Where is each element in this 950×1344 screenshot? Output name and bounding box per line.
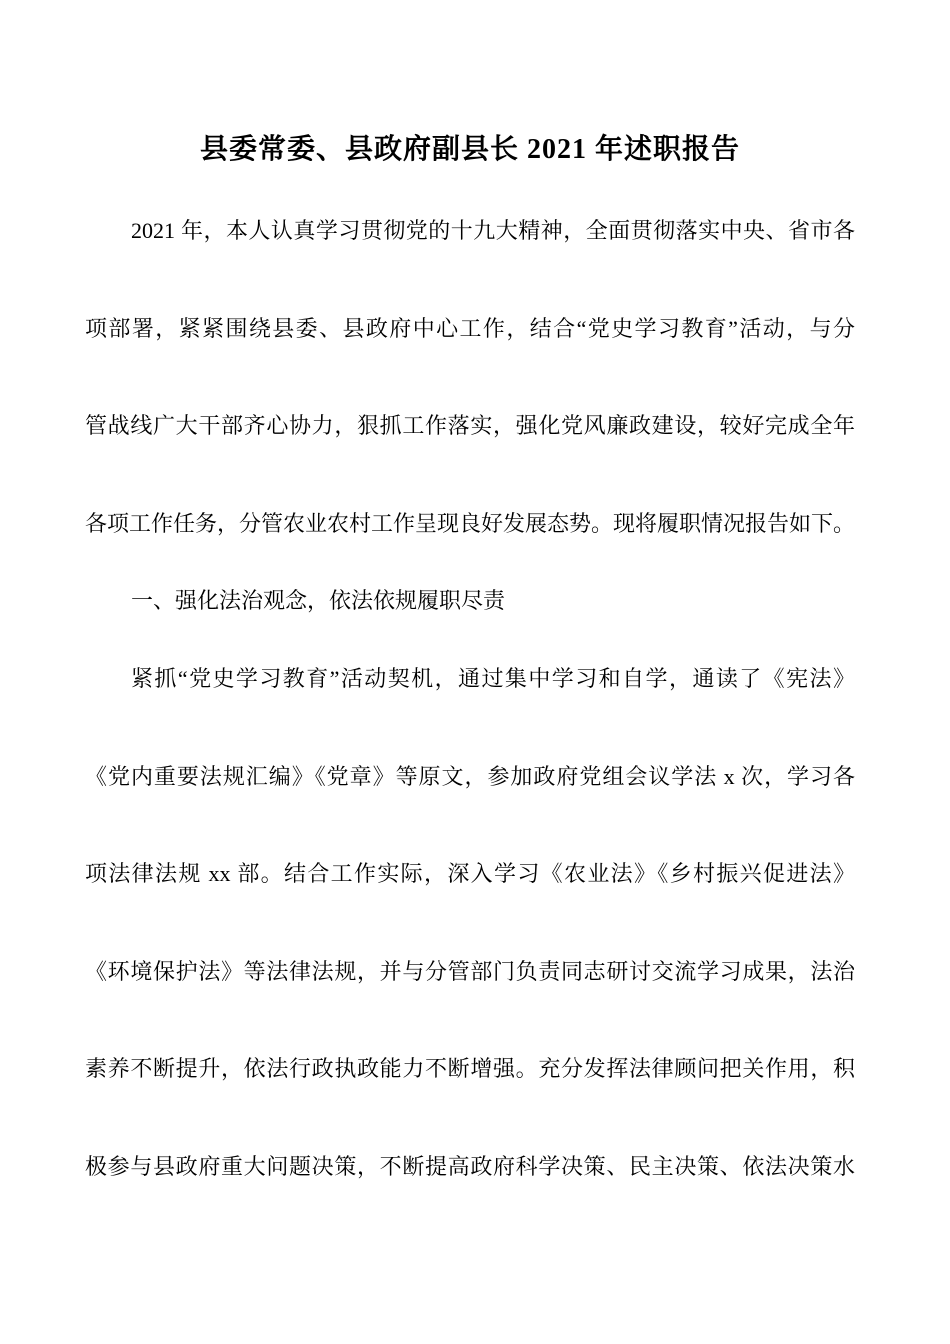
document-page: 县委常委、县政府副县长 2021 年述职报告 2021 年，本人认真学习贯彻党的… [0,0,950,1344]
text-line: 素养不断提升，依法行政执政能力不断增强。充分发挥法律顾问把关作用，积 [85,1020,855,1118]
text-line: 2021 年，本人认真学习贯彻党的十九大精神，全面贯彻落实中央、省市各 [85,182,855,280]
text-line: 各项工作任务，分管农业农村工作呈现良好发展态势。现将履职情况报告如下。 [85,475,855,573]
document-content: 县委常委、县政府副县长 2021 年述职报告 2021 年，本人认真学习贯彻党的… [85,0,855,1215]
document-title: 县委常委、县政府副县长 2021 年述职报告 [85,118,855,182]
text-line: 《党内重要法规汇编》《党章》等原文，参加政府党组会议学法 x 次，学习各 [85,728,855,826]
text-line: 紧抓“党史学习教育”活动契机，通过集中学习和自学，通读了《宪法》 [85,630,855,728]
text-line: 项法律法规 xx 部。结合工作实际，深入学习《农业法》《乡村振兴促进法》 [85,825,855,923]
document-body: 2021 年，本人认真学习贯彻党的十九大精神，全面贯彻落实中央、省市各项部署，紧… [85,182,855,1215]
text-line: 管战线广大干部齐心协力，狠抓工作落实，强化党风廉政建设，较好完成全年 [85,377,855,475]
text-line: 项部署，紧紧围绕县委、县政府中心工作，结合“党史学习教育”活动，与分 [85,280,855,378]
text-line: 极参与县政府重大问题决策，不断提高政府科学决策、民主决策、依法决策水 [85,1118,855,1216]
text-line: 《环境保护法》等法律法规，并与分管部门负责同志研讨交流学习成果，法治 [85,923,855,1021]
section-heading: 一、强化法治观念，依法依规履职尽责 [85,572,855,630]
